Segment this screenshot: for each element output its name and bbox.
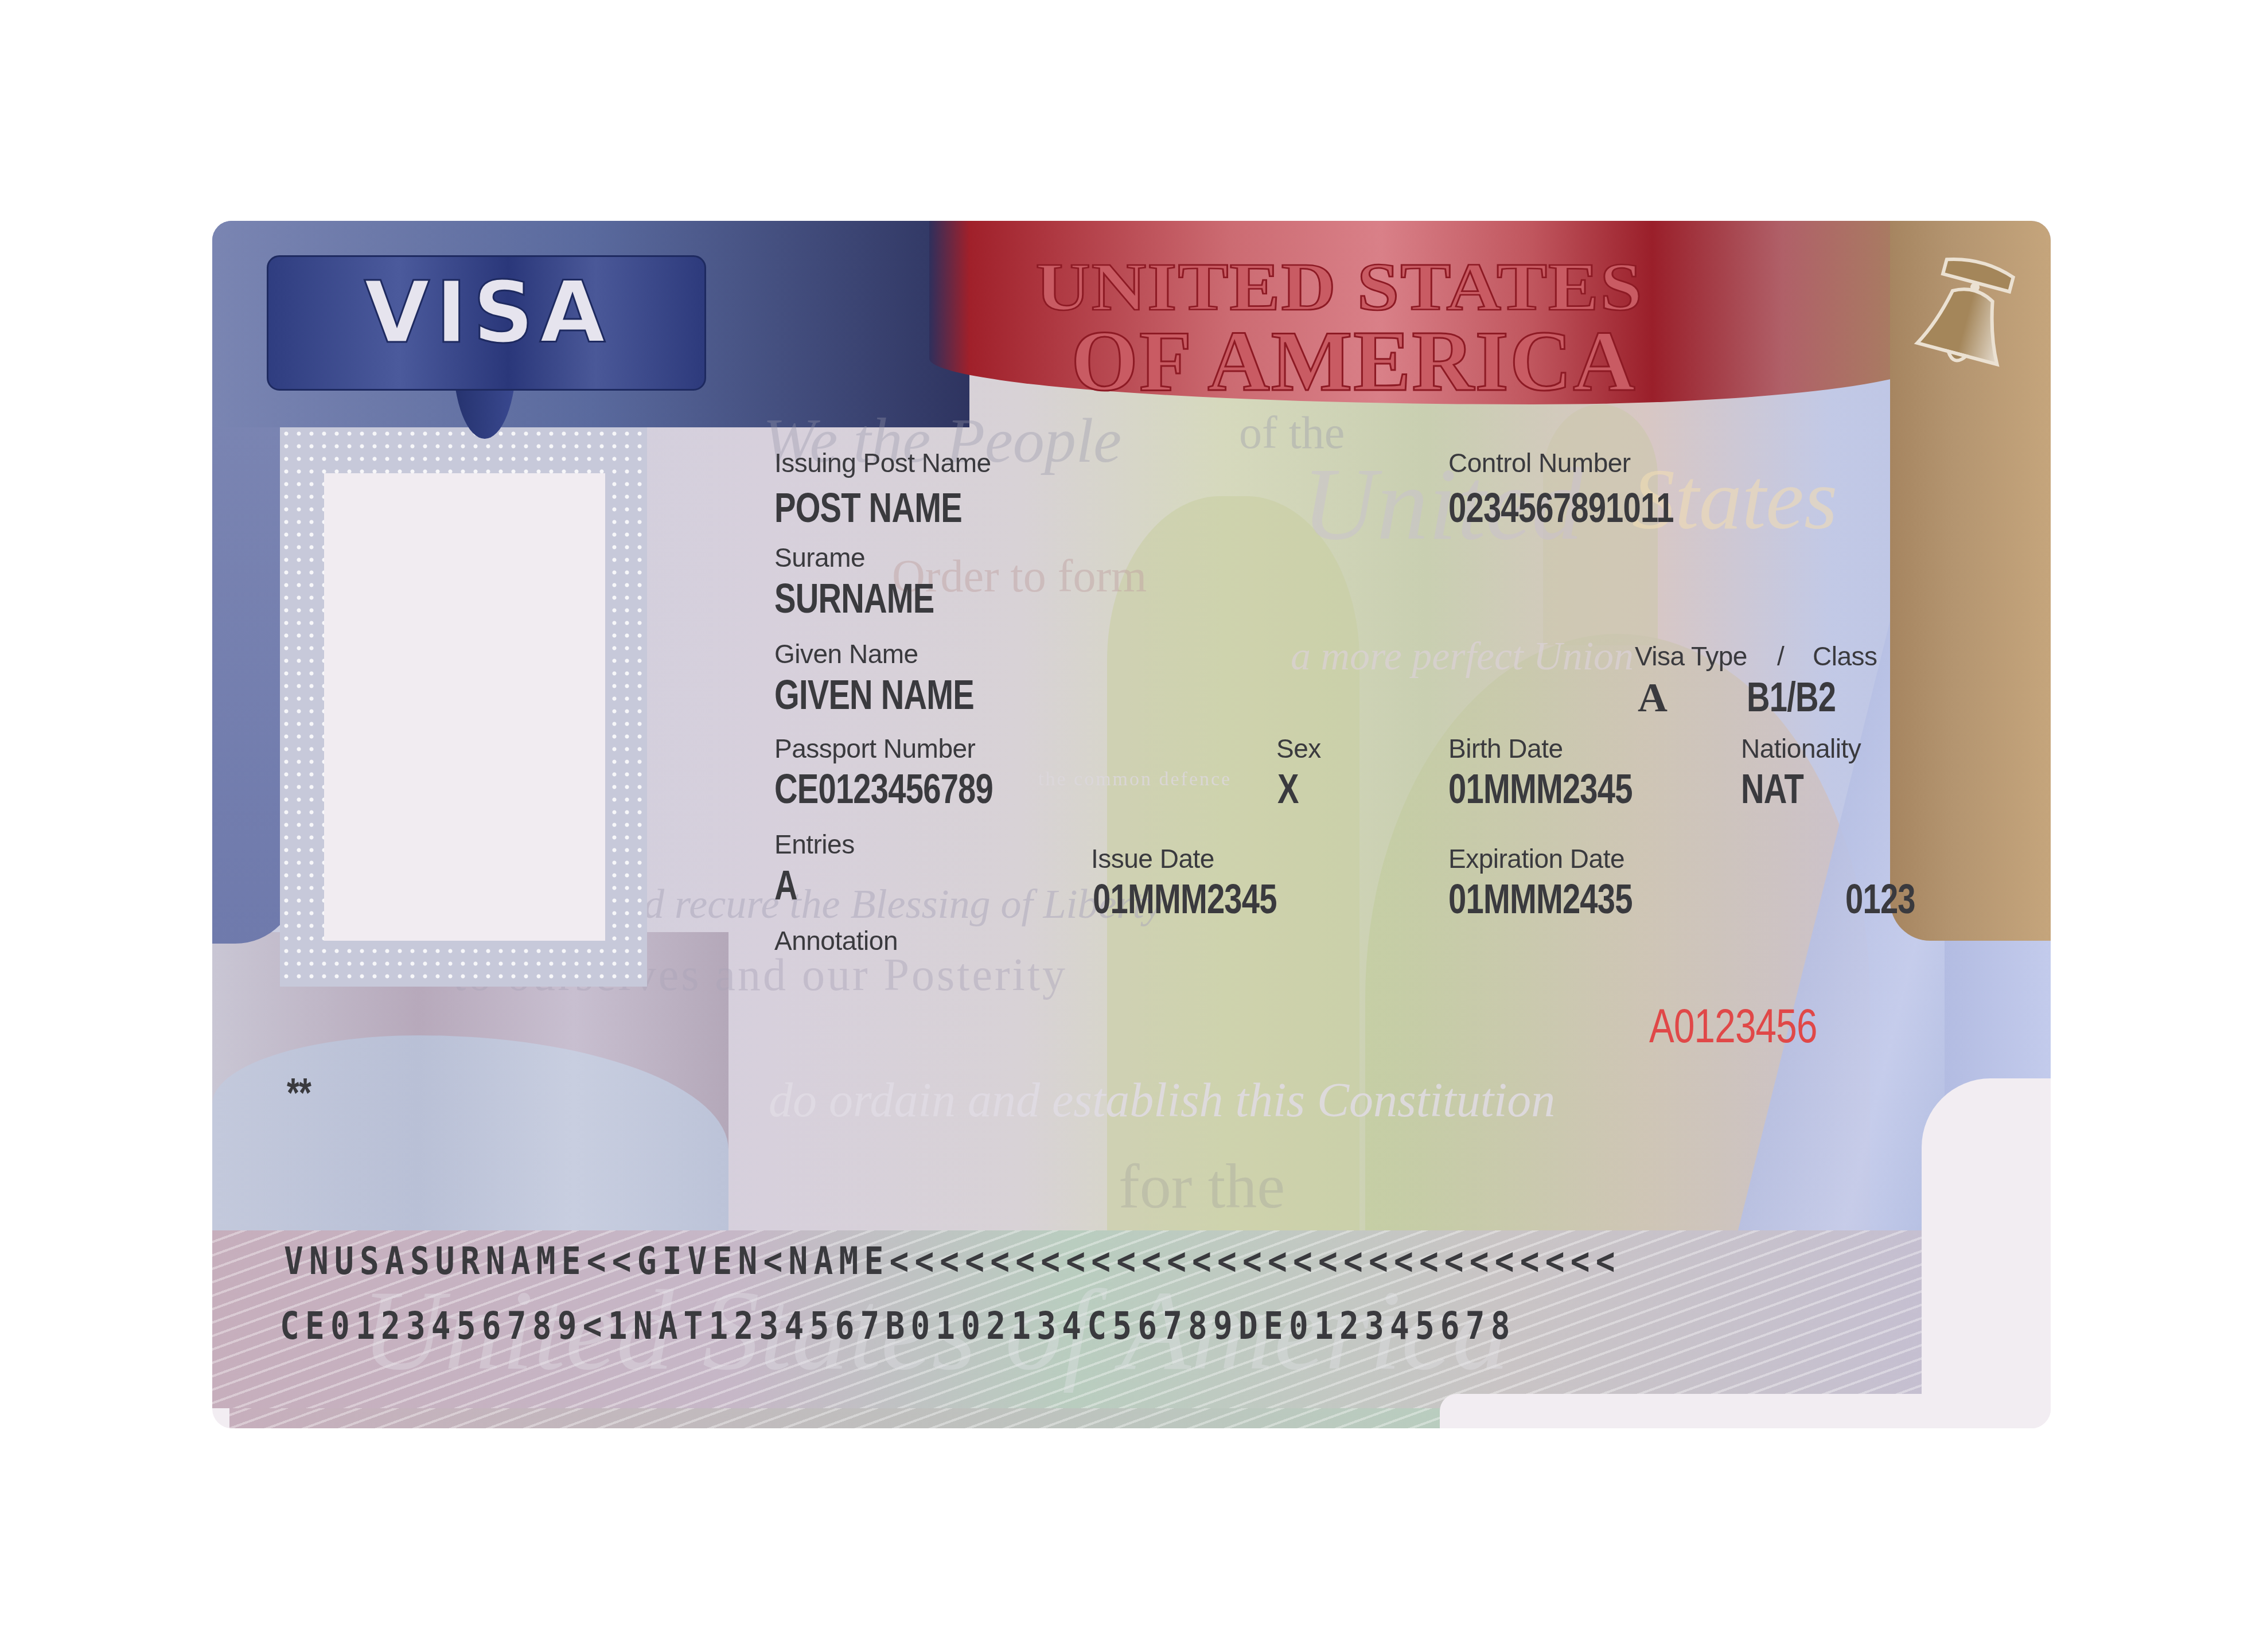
entries-label: Entries [774, 829, 855, 860]
annotation-label: Annotation [774, 925, 898, 956]
watermark-ordain-constitution: do ordain and establish this Constitutio… [769, 1073, 1555, 1128]
given-name-label: Given Name [774, 638, 918, 669]
visa-type-separator: / [1777, 641, 1784, 672]
surname-label: Surame [774, 542, 865, 573]
expiration-date-label: Expiration Date [1448, 843, 1624, 874]
issue-date-label: Issue Date [1091, 843, 1214, 874]
entries-value: A [774, 862, 797, 909]
photo-placeholder [324, 473, 605, 941]
watermark-for-the: for the [1119, 1150, 1285, 1223]
country-title-line2: OF AMERICA [987, 307, 1721, 416]
sex-value: X [1277, 766, 1299, 813]
passport-number-label: Passport Number [774, 733, 975, 764]
mrz-zone-tail [229, 1408, 1451, 1428]
sex-label: Sex [1276, 733, 1321, 764]
given-name-value: GIVEN NAME [774, 672, 974, 719]
surname-value: SURNAME [774, 575, 934, 622]
control-number-label: Control Number [1448, 447, 1631, 478]
issuing-post-value: POST NAME [774, 485, 962, 532]
mrz-line-1: VNUSASURNAME<<GIVEN<NAME<<<<<<<<<<<<<<<<… [284, 1239, 1621, 1283]
issue-date-value: 01MMM2345 [1093, 876, 1277, 923]
expiration-date-value: 01MMM2435 [1448, 876, 1633, 923]
watermark-more-perfect-union: a more perfect Union [1291, 634, 1634, 680]
mrz-line-2: CE0123456789<1NAT1234567B0102134C56789DE… [280, 1304, 1516, 1348]
visa-type-label: Visa Type [1635, 641, 1747, 672]
annotation-value: ** [287, 1070, 311, 1117]
visa-class-value: B1/B2 [1747, 674, 1836, 721]
control-number-value: 0234567891011 [1448, 485, 1674, 532]
bottom-right-cutout [1922, 1078, 2051, 1428]
visa-card: We the People of the United States Order… [212, 221, 2051, 1428]
birth-date-value: 01MMM2345 [1448, 766, 1633, 813]
watermark-common-defence: the common defence [1038, 769, 1232, 790]
issuing-post-label: Issuing Post Name [774, 447, 991, 478]
code-value: 0123 [1845, 876, 1915, 923]
nationality-value: NAT [1741, 766, 1803, 813]
visa-class-label: Class [1813, 641, 1877, 672]
red-serial-number: A0123456 [1649, 998, 1817, 1054]
liberty-bell-icon [1910, 250, 2025, 381]
birth-date-label: Birth Date [1448, 733, 1563, 764]
watermark-blessing-of-liberty: and recure the Blessing of Liberty [602, 880, 1163, 928]
nationality-label: Nationality [1741, 733, 1861, 764]
visa-title: VISA [315, 264, 660, 361]
visa-type-value: A [1638, 674, 1667, 722]
bottom-cutout [1440, 1394, 2051, 1428]
passport-number-value: CE0123456789 [774, 766, 993, 813]
